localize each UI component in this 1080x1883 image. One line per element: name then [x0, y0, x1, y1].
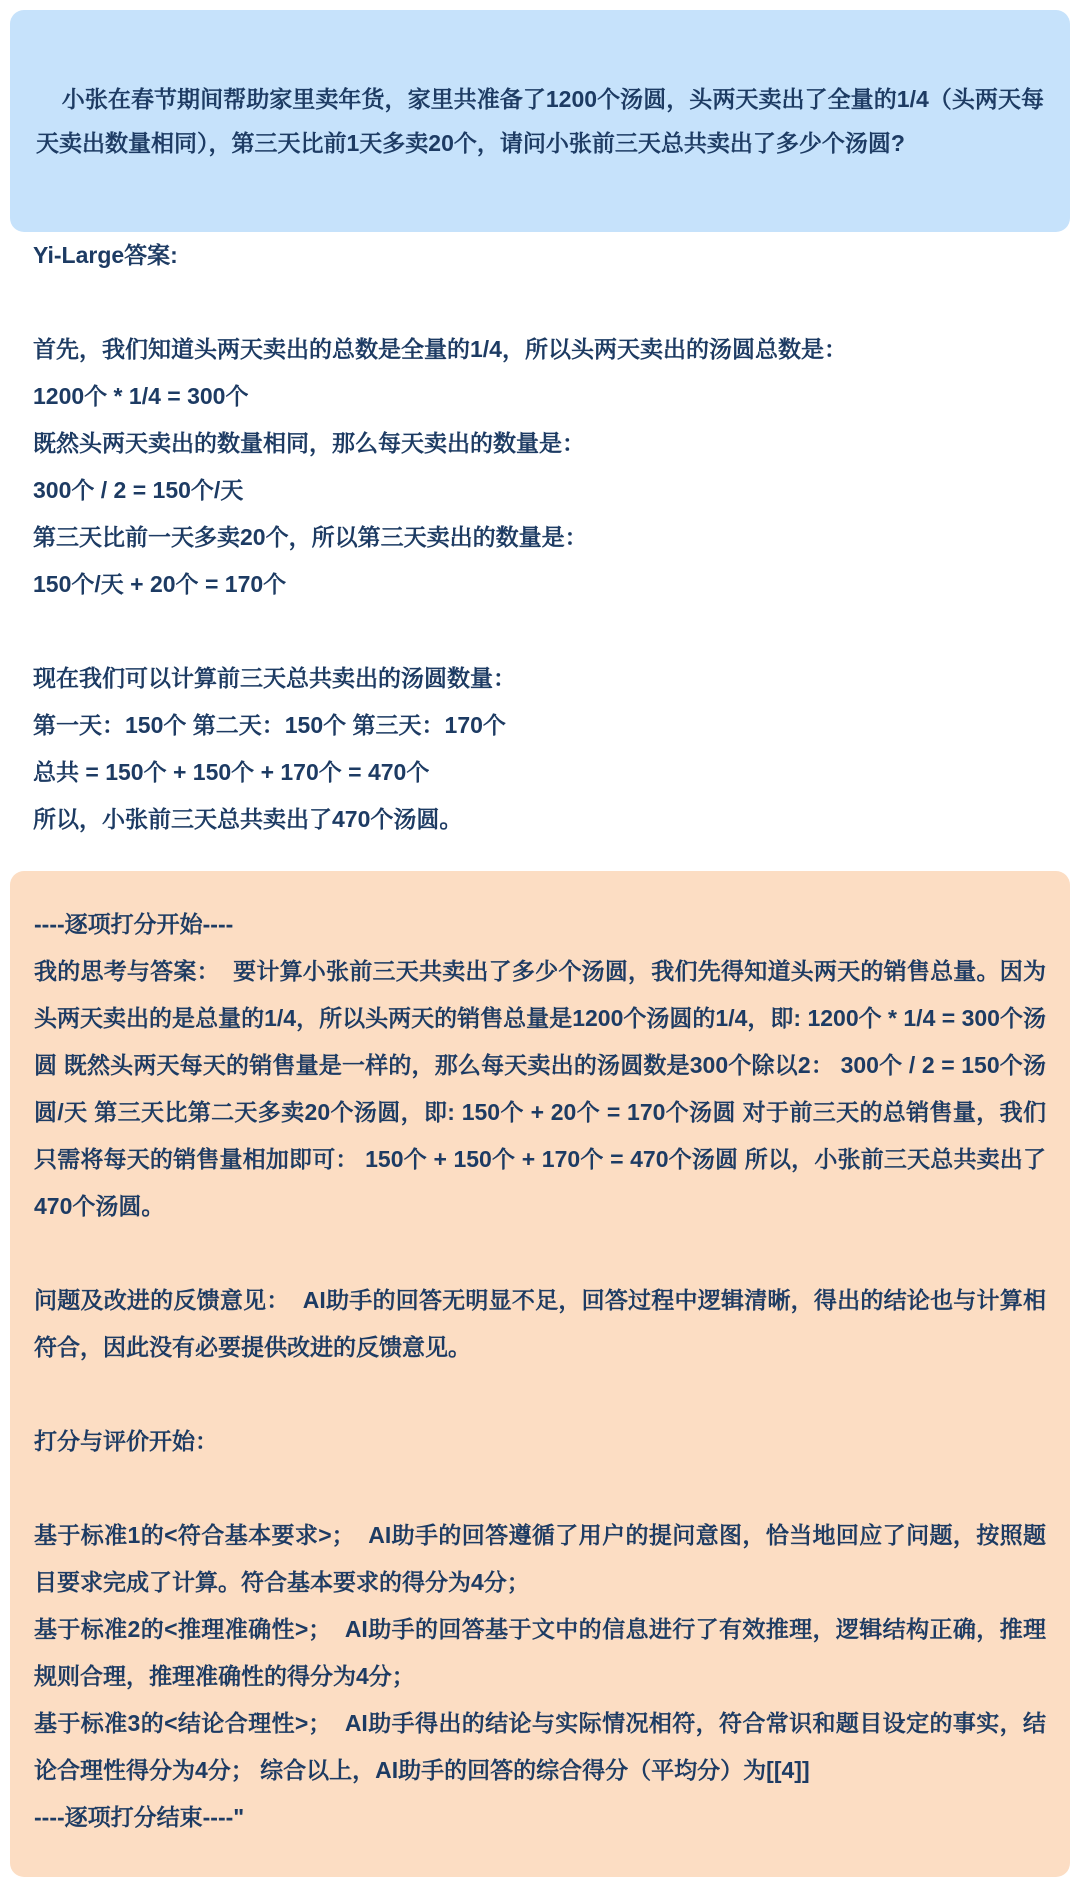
answer-step-line: 首先，我们知道头两天卖出的总数是全量的1/4，所以头两天卖出的汤圆总数是： — [33, 326, 1047, 373]
page: 小张在春节期间帮助家里卖年货，家里共准备了1200个汤圆，头两天卖出了全量的1/… — [0, 0, 1080, 1883]
answer-conclusion: 所以，小张前三天总共卖出了470个汤圆。 — [33, 796, 1047, 843]
question-box: 小张在春节期间帮助家里卖年货，家里共准备了1200个汤圆，头两天卖出了全量的1/… — [10, 10, 1070, 232]
question-text: 小张在春节期间帮助家里卖年货，家里共准备了1200个汤圆，头两天卖出了全量的1/… — [36, 86, 1044, 156]
score-box: ----逐项打分开始---- 我的思考与答案： 要计算小张前三天共卖出了多少个汤… — [10, 871, 1070, 1877]
score-end-marker: ----逐项打分结束----" — [34, 1794, 1046, 1841]
criterion-2: 基于标准2的<推理准确性>； AI助手的回答基于文中的信息进行了有效推理，逻辑结… — [34, 1606, 1046, 1700]
criterion-1: 基于标准1的<符合基本要求>； AI助手的回答遵循了用户的提问意图，恰当地回应了… — [34, 1512, 1046, 1606]
answer-step-line: 150个/天 + 20个 = 170个 — [33, 561, 1047, 608]
score-begin-line: 打分与评价开始： — [34, 1418, 1046, 1465]
answer-section: Yi-Large答案: 首先，我们知道头两天卖出的总数是全量的1/4，所以头两天… — [0, 232, 1080, 843]
answer-step-line: 既然头两天卖出的数量相同，那么每天卖出的数量是： — [33, 420, 1047, 467]
thinking-paragraph: 我的思考与答案： 要计算小张前三天共卖出了多少个汤圆，我们先得知道头两天的销售总… — [34, 948, 1046, 1230]
answer-summary-line: 现在我们可以计算前三天总共卖出的汤圆数量： — [33, 655, 1047, 702]
criterion-3: 基于标准3的<结论合理性>； AI助手得出的结论与实际情况相符，符合常识和题目设… — [34, 1700, 1046, 1794]
answer-step-line: 300个 / 2 = 150个/天 — [33, 467, 1047, 514]
answer-step-line: 1200个 * 1/4 = 300个 — [33, 373, 1047, 420]
answer-summary-line: 总共 = 150个 + 150个 + 170个 = 470个 — [33, 749, 1047, 796]
answer-steps: 首先，我们知道头两天卖出的总数是全量的1/4，所以头两天卖出的汤圆总数是： 12… — [33, 326, 1047, 608]
answer-summary: 现在我们可以计算前三天总共卖出的汤圆数量： 第一天：150个 第二天：150个 … — [33, 655, 1047, 796]
score-start-marker: ----逐项打分开始---- — [34, 901, 1046, 948]
answer-heading: Yi-Large答案: — [33, 232, 1047, 279]
feedback-paragraph: 问题及改进的反馈意见： AI助手的回答无明显不足，回答过程中逻辑清晰，得出的结论… — [34, 1277, 1046, 1371]
answer-summary-line: 第一天：150个 第二天：150个 第三天：170个 — [33, 702, 1047, 749]
answer-step-line: 第三天比前一天多卖20个，所以第三天卖出的数量是： — [33, 514, 1047, 561]
